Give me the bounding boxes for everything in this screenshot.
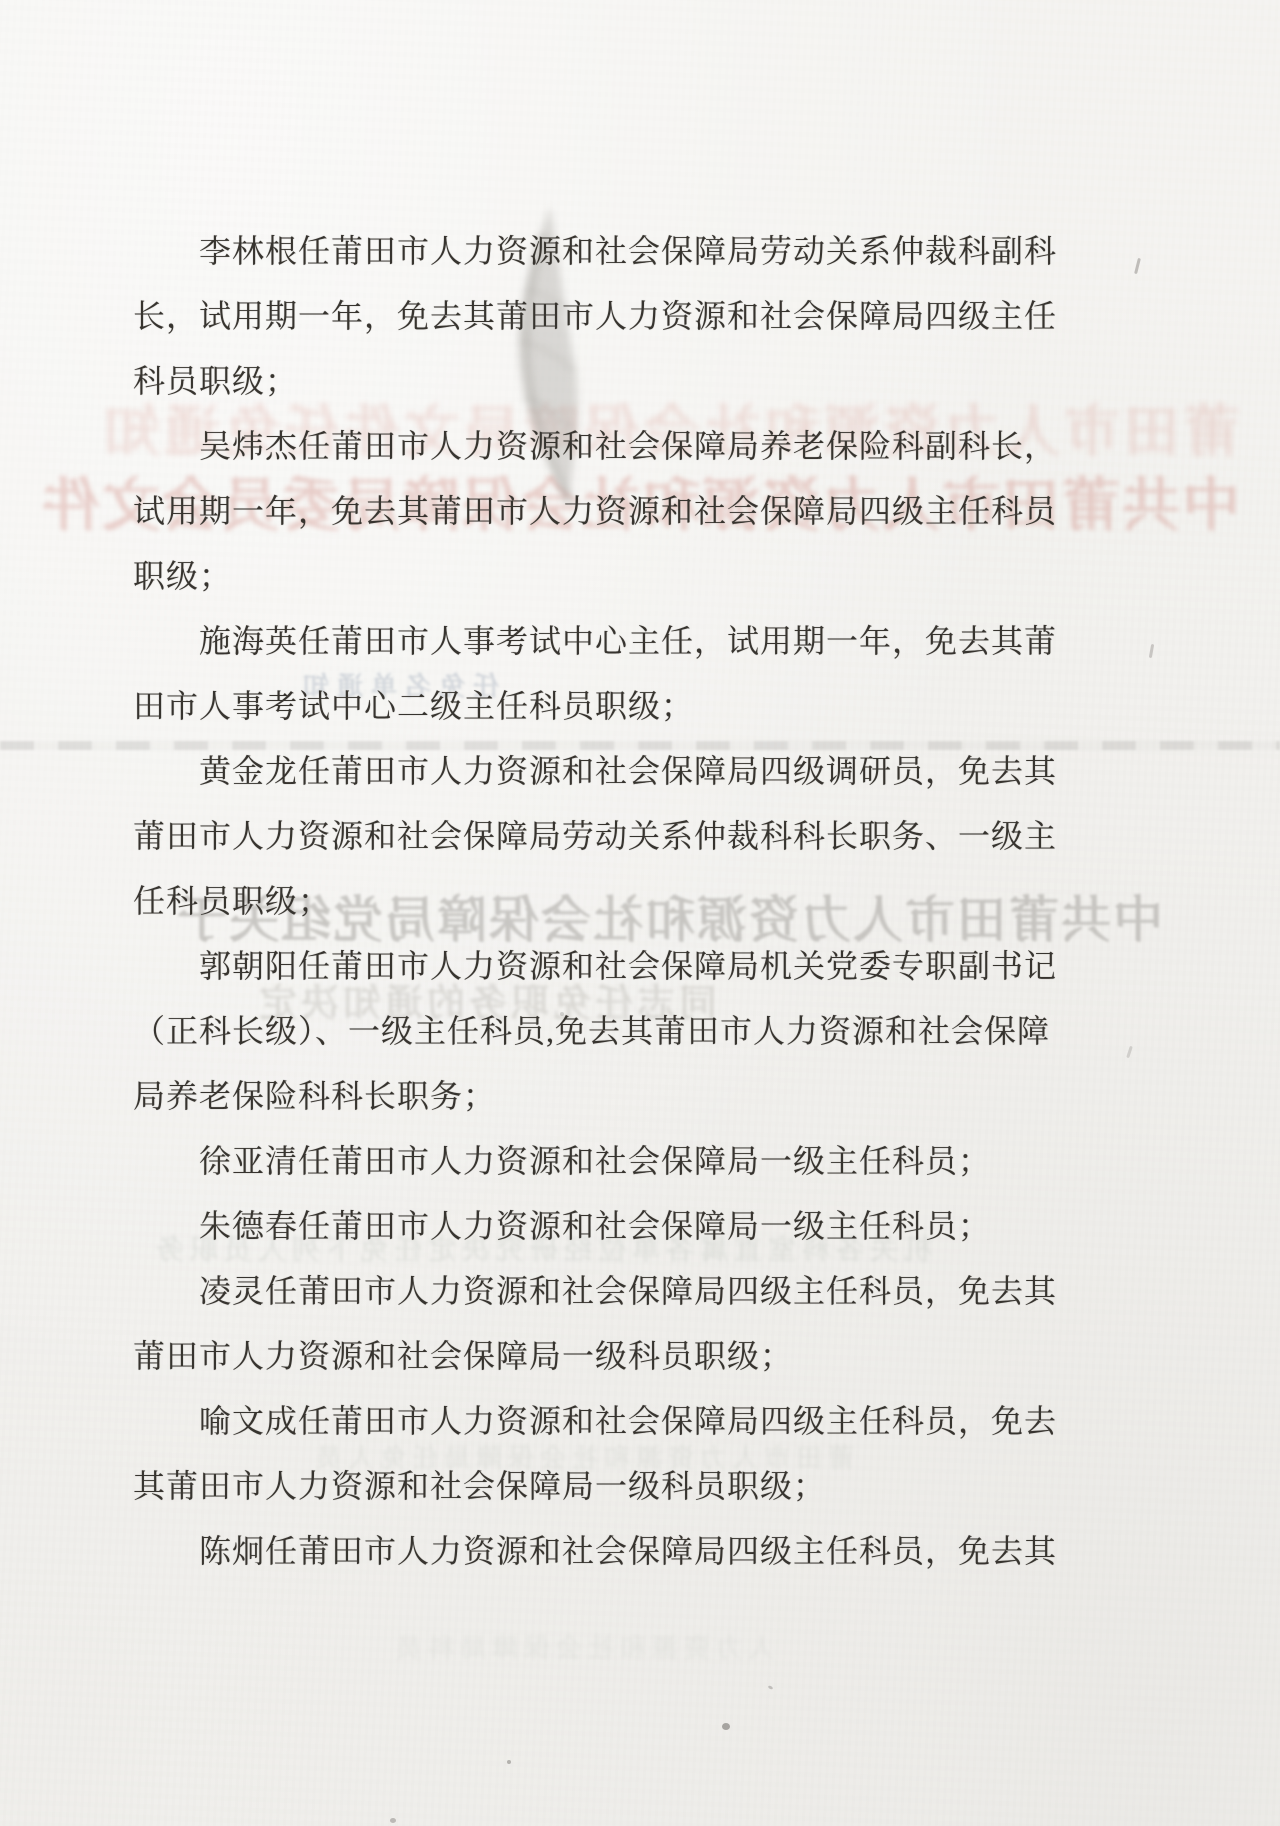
paper-speck (768, 1685, 774, 1690)
document-line: 徐亚清任莆田市人力资源和社会保障局一级主任科员； (133, 1129, 1163, 1194)
document-line: 长，试用期一年，免去其莆田市人力资源和社会保障局四级主任 (133, 284, 1163, 349)
document-line: （正科长级）、一级主任科员,免去其莆田市人力资源和社会保障 (133, 999, 1163, 1064)
document-line: 朱德春任莆田市人力资源和社会保障局一级主任科员； (133, 1194, 1163, 1259)
document-line: 局养老保险科科长职务； (133, 1064, 1163, 1129)
document-body: 李林根任莆田市人力资源和社会保障局劳动关系仲裁科副科 长，试用期一年，免去其莆田… (133, 219, 1163, 1584)
document-line: 任科员职级； (133, 869, 1163, 934)
paper-speck (507, 1760, 511, 1764)
document-line: 施海英任莆田市人事考试中心主任，试用期一年，免去其莆 (133, 609, 1163, 674)
document-line: 田市人事考试中心二级主任科员职级； (133, 674, 1163, 739)
paper-speck (390, 1818, 396, 1823)
document-line: 吴炜杰任莆田市人力资源和社会保障局养老保险科副科长， (133, 414, 1163, 479)
document-line: 陈炯任莆田市人力资源和社会保障局四级主任科员，免去其 (133, 1519, 1163, 1584)
document-line: 喻文成任莆田市人力资源和社会保障局四级主任科员，免去 (133, 1389, 1163, 1454)
paper-speck (722, 1723, 730, 1730)
document-line: 凌灵任莆田市人力资源和社会保障局四级主任科员，免去其 (133, 1259, 1163, 1324)
document-line: 郭朝阳任莆田市人力资源和社会保障局机关党委专职副书记 (133, 934, 1163, 999)
document-line: 科员职级； (133, 349, 1163, 414)
bleedthrough-faint-line3: 人力资源和社会保障局科员 (390, 1628, 774, 1665)
document-line: 其莆田市人力资源和社会保障局一级科员职级； (133, 1454, 1163, 1519)
document-line: 李林根任莆田市人力资源和社会保障局劳动关系仲裁科副科 (133, 219, 1163, 284)
document-line: 黄金龙任莆田市人力资源和社会保障局四级调研员，免去其 (133, 739, 1163, 804)
document-line: 莆田市人力资源和社会保障局劳动关系仲裁科科长职务、一级主 (133, 804, 1163, 869)
document-line: 职级； (133, 544, 1163, 609)
document-line: 试用期一年，免去其莆田市人力资源和社会保障局四级主任科员 (133, 479, 1163, 544)
scanned-document-page: 莆田市人力资源和社会保障局文件任免通知 中共莆田市人力资源和社会保障局委员会文件… (0, 0, 1280, 1826)
document-line: 莆田市人力资源和社会保障局一级科员职级； (133, 1324, 1163, 1389)
